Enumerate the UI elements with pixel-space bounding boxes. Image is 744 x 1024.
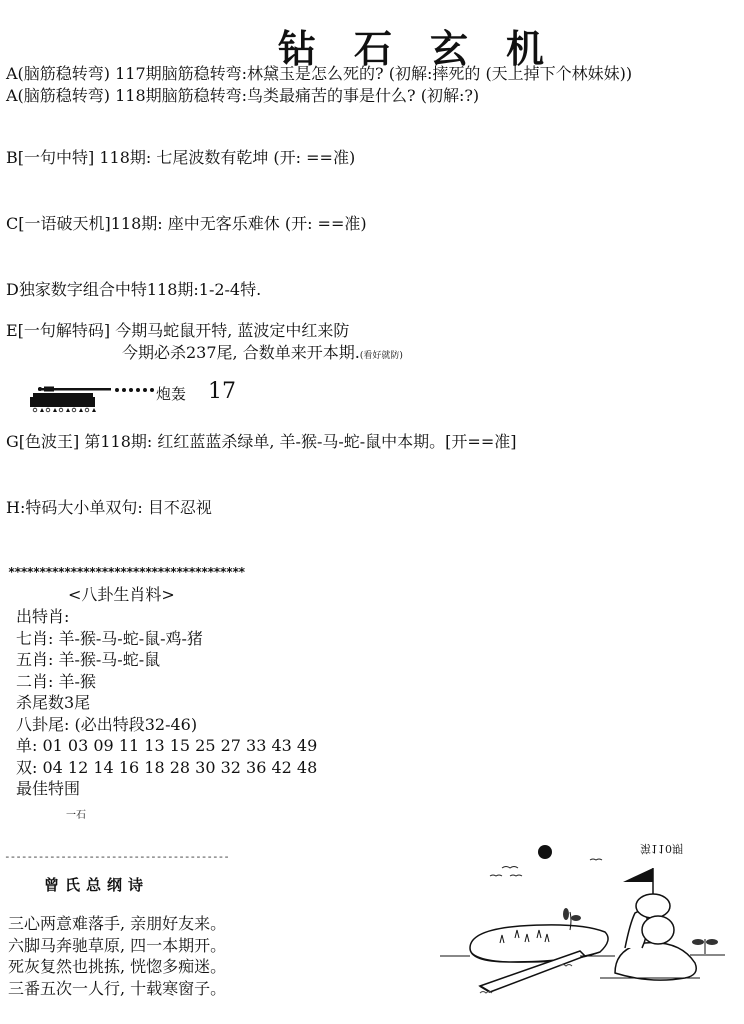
dash-separator: ---------------------------------------- <box>4 850 229 863</box>
section-g-color-wave: G[色波王] 第118期: 红红蓝蓝杀绿单, 羊-猴-马-蛇-鼠中本期。[开==… <box>6 432 516 452</box>
bagua-list: 出特肖: 七肖: 羊-猴-马-蛇-鼠-鸡-猪 五肖: 羊-猴-马-蛇-鼠 二肖:… <box>16 606 317 800</box>
section-d-number-combo: D独家数字组合中特118期:1-2-4特. <box>6 280 261 300</box>
cannon-number: 17 <box>208 379 236 404</box>
cannon-label: 炮轰 <box>156 383 186 404</box>
bagua-line: 五肖: 羊-猴-马-蛇-鼠 <box>16 649 317 671</box>
poem-line: 六脚马奔驰草原, 四一本期开。 <box>8 935 226 957</box>
poem-body: 三心两意难落手, 亲朋好友来。 六脚马奔驰草原, 四一本期开。 死灰复然也挑拣,… <box>8 913 226 999</box>
poem-line: 三心两意难落手, 亲朋好友来。 <box>8 913 226 935</box>
section-c-one-phrase-tip: C[一语破天机]118期: 座中无客乐难休 (开: ==准) <box>6 214 367 234</box>
section-h-size-parity: H:特码大小单双句: 目不忍视 <box>6 498 212 518</box>
poem-line: 三番五次一人行, 十载寒窗子。 <box>8 978 226 1000</box>
bagua-line: 出特肖: <box>16 606 317 628</box>
bagua-line: 杀尾数3尾 <box>16 692 317 714</box>
riddle-118: A(脑筋稳转弯) 118期脑筋稳转弯:鸟类最痛苦的事是什么? (初解:?) <box>6 86 479 106</box>
bagua-tiny-mark: 一石 <box>66 806 86 821</box>
bagua-line: 二肖: 羊-猴 <box>16 671 317 693</box>
section-e-note: (看好就防) <box>360 351 403 361</box>
section-e-line2-text: 今期必杀237尾, 合数单来开本期. <box>122 343 360 362</box>
bagua-line: 单: 01 03 09 11 13 15 25 27 33 43 49 <box>16 735 317 757</box>
poem-title: 曾氏总纲诗 <box>44 874 149 895</box>
bagua-line: 双: 04 12 14 16 18 28 30 32 36 42 48 <box>16 757 317 779</box>
dotted-fire-trail-icon <box>114 386 156 394</box>
turtle-cartoon-icon <box>440 838 740 1018</box>
bagua-line: 最佳特围 <box>16 778 317 800</box>
bagua-line: 八卦尾: (必出特段32-46) <box>16 714 317 736</box>
section-e-line2: 今期必杀237尾, 合数单来开本期.(看好就防) <box>122 343 403 366</box>
star-separator: ************************************** <box>8 565 245 579</box>
bagua-line: 七肖: 羊-猴-马-蛇-鼠-鸡-猪 <box>16 628 317 650</box>
poem-line: 死灰复然也挑拣, 恍惚多痴迷。 <box>8 956 226 978</box>
bagua-title: <八卦生肖料> <box>68 582 175 605</box>
section-b-one-line-tip: B[一句中特] 118期: 七尾波数有乾坤 (开: ==准) <box>6 148 355 168</box>
riddle-117: A(脑筋稳转弯) 117期脑筋稳转弯:林黛玉是怎么死的? (初解:摔死的 (天上… <box>6 64 632 84</box>
section-e-line1: E[一句解特码] 今期马蛇鼠开特, 蓝波定中红来防 <box>6 321 349 341</box>
